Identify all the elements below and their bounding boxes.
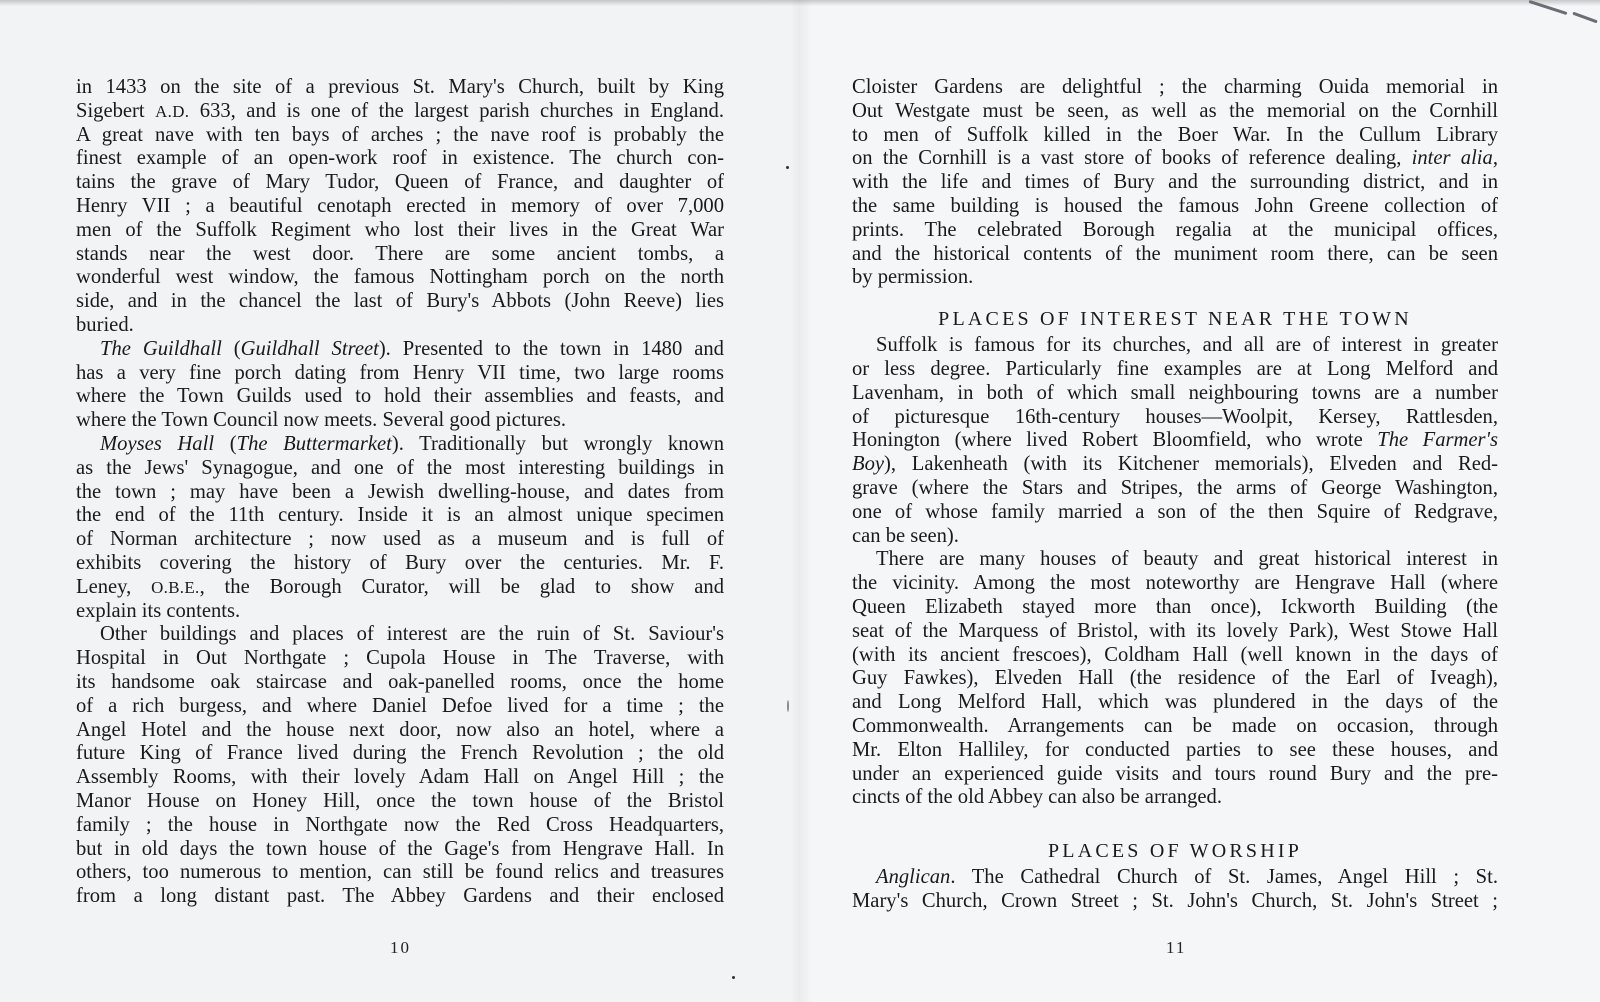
text-line: Lavenham, in both of which small neighbo… [852, 382, 1498, 406]
text-line: tains the grave of Mary Tudor, Queen of … [76, 171, 724, 195]
text-line: men of the Suffolk Regiment who lost the… [76, 219, 724, 243]
text-line: Cloister Gardens are delightful ; the ch… [852, 76, 1498, 100]
left-page-text: in 1433 on the site of a previous St. Ma… [76, 76, 724, 909]
text-line: where the Town Guilds used to hold their… [76, 385, 724, 409]
book-spread: in 1433 on the site of a previous St. Ma… [0, 0, 1600, 1002]
text-line: Out Westgate must be seen, as well as th… [852, 100, 1498, 124]
text-line: Suffolk is famous for its churches, and … [852, 334, 1498, 358]
text-line: Angel Hotel and the house next door, now… [76, 719, 724, 743]
text-line: and Long Melford Hall, which was plunder… [852, 691, 1498, 715]
text-line: grave (where the Stars and Stripes, the … [852, 477, 1498, 501]
text-line: by permission. [852, 266, 1498, 290]
text-line: Guy Fawkes), Elveden Hall (the residence… [852, 667, 1498, 691]
text-line: Mr. Elton Halliley, for conducted partie… [852, 739, 1498, 763]
text-line: of Norman architecture ; now used as a m… [76, 528, 724, 552]
scan-speck [786, 166, 789, 169]
text-line: Commonwealth. Arrangements can be made o… [852, 715, 1498, 739]
text-line: stands near the west door. There are som… [76, 243, 724, 267]
text-line: Assembly Rooms, with their lovely Adam H… [76, 766, 724, 790]
text-line: has a very fine porch dating from Henry … [76, 362, 724, 386]
text-line: as the Jews' Synagogue, and one of the m… [76, 457, 724, 481]
right-page-text: Cloister Gardens are delightful ; the ch… [852, 76, 1498, 914]
text-line: The Guildhall (Guildhall Street). Presen… [76, 338, 724, 362]
text-line: or less degree. Particularly fine exampl… [852, 358, 1498, 382]
page-number-left: 10 [390, 938, 411, 958]
spacer [852, 290, 1498, 304]
text-line: of a rich burgess, and where Daniel Defo… [76, 695, 724, 719]
text-line: Leney, O.B.E., the Borough Curator, will… [76, 576, 724, 600]
text-line: Mary's Church, Crown Street ; St. John's… [852, 890, 1498, 914]
text-line: can be seen). [852, 525, 1498, 549]
book-gutter [790, 0, 812, 1002]
guildhall-title: The Guildhall [100, 338, 222, 360]
text-line: (with its ancient frescoes), Coldham Hal… [852, 644, 1498, 668]
spacer [852, 810, 1498, 836]
text-line: explain its contents. [76, 600, 724, 624]
text-line: on the Cornhill is a vast store of books… [852, 147, 1498, 171]
text-line: There are many houses of beauty and grea… [852, 548, 1498, 572]
text-line: with the life and times of Bury and the … [852, 171, 1498, 195]
text-line: the vicinity. Among the most noteworthy … [852, 572, 1498, 596]
text-line: from a long distant past. The Abbey Gard… [76, 885, 724, 909]
text-line: exhibits covering the history of Bury ov… [76, 552, 724, 576]
text-line: the end of the 11th century. Inside it i… [76, 504, 724, 528]
text-line: Boy), Lakenheath (with its Kitchener mem… [852, 453, 1498, 477]
text-line: Honington (where lived Robert Bloomfield… [852, 429, 1498, 453]
text-line: side, and in the chancel the last of Bur… [76, 290, 724, 314]
text-line: one of whose family married a son of the… [852, 501, 1498, 525]
text-line: seat of the Marquess of Bristol, with it… [852, 620, 1498, 644]
text-line: others, too numerous to mention, can sti… [76, 861, 724, 885]
scan-speck [787, 700, 789, 712]
text-line: finest example of an open-work roof in e… [76, 147, 724, 171]
text-line: and the historical contents of the munim… [852, 243, 1498, 267]
text-line: Henry VII ; a beautiful cenotaph erected… [76, 195, 724, 219]
text-line: to men of Suffolk killed in the Boer War… [852, 124, 1498, 148]
scan-speck [732, 976, 735, 979]
text-line: where the Town Council now meets. Severa… [76, 409, 724, 433]
text-line: buried. [76, 314, 724, 338]
text-line: the town ; may have been a Jewish dwelli… [76, 481, 724, 505]
text-line: Hospital in Out Northgate ; Cupola House… [76, 647, 724, 671]
text-line: its handsome oak staircase and oak-panel… [76, 671, 724, 695]
text-line: Manor House on Honey Hill, once the town… [76, 790, 724, 814]
text-line: Anglican. The Cathedral Church of St. Ja… [852, 866, 1498, 890]
section-heading-worship: PLACES OF WORSHIP [852, 836, 1498, 866]
text-line: prints. The celebrated Borough regalia a… [852, 219, 1498, 243]
text-line: but in old days the town house of the Ga… [76, 838, 724, 862]
text-line: the same building is housed the famous J… [852, 195, 1498, 219]
page-number-right: 11 [1166, 938, 1186, 958]
text-line: of picturesque 16th-century houses—Woolp… [852, 406, 1498, 430]
text-line: A great nave with ten bays of arches ; t… [76, 124, 724, 148]
section-heading-near-town: PLACES OF INTEREST NEAR THE TOWN [852, 304, 1498, 334]
moyses-hall-title: Moyses Hall [100, 433, 214, 455]
text-line: future King of France lived during the F… [76, 742, 724, 766]
text-line: Queen Elizabeth stayed more than once), … [852, 596, 1498, 620]
text-line: family ; the house in Northgate now the … [76, 814, 724, 838]
text-line: in 1433 on the site of a previous St. Ma… [76, 76, 724, 100]
text-line: wonderful west window, the famous Nottin… [76, 266, 724, 290]
page-top-edge [0, 0, 1600, 6]
text-line: cincts of the old Abbey can also be arra… [852, 786, 1498, 810]
text-line: Sigebert A.D. 633, and is one of the lar… [76, 100, 724, 124]
text-line: under an experienced guide visits and to… [852, 763, 1498, 787]
text-line: Other buildings and places of interest a… [76, 623, 724, 647]
text-line: Moyses Hall (The Buttermarket). Traditio… [76, 433, 724, 457]
